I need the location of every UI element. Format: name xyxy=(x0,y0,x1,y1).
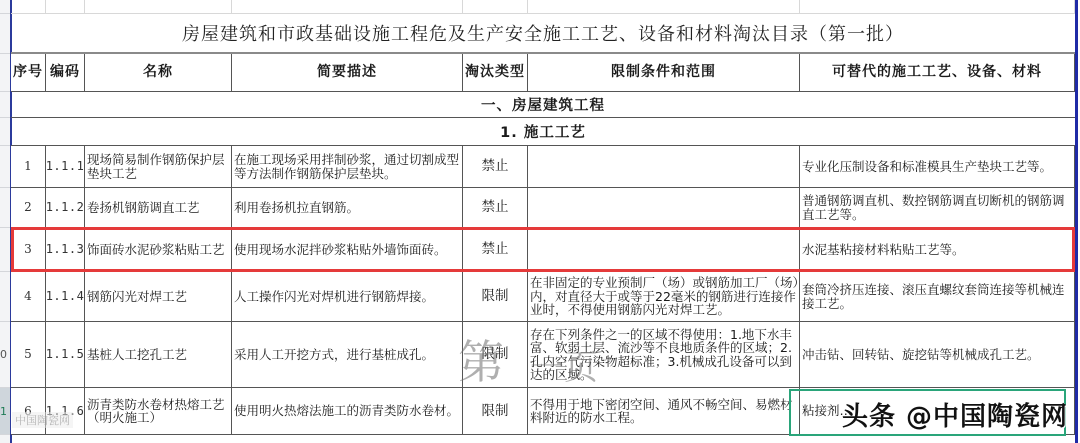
cell-text: 不得用于地下密闭空间、通风不畅空间、易燃材料附近的防水工程。 xyxy=(530,398,799,425)
table-row-2-type[interactable]: 禁止 xyxy=(463,188,528,228)
header-alternative[interactable]: 可替代的施工工艺、设备、材料 xyxy=(800,54,1075,92)
table-row-1-code[interactable]: 1.1.1 xyxy=(46,146,85,188)
header-code[interactable]: 编码 xyxy=(46,54,85,92)
table-row-5-description[interactable]: 采用人工开挖方式，进行基桩成孔。 xyxy=(232,322,463,388)
sheet-title[interactable]: 房屋建筑和市政基础设施工程危及生产安全施工工艺、设备和材料淘汰目录（第一批） xyxy=(11,14,1075,54)
table-row-1-restriction[interactable] xyxy=(528,146,800,188)
cell-text: 冲击钻、回转钻、旋挖钻等机械成孔工艺。 xyxy=(802,348,1040,362)
table-row-5-alternative[interactable]: 冲击钻、回转钻、旋挖钻等机械成孔工艺。 xyxy=(800,322,1075,388)
table-row-2-serial[interactable]: 2 xyxy=(11,188,46,228)
cell-text: 卷扬机钢筋调直工艺 xyxy=(87,201,200,215)
cell-text: 使用明火热熔法施工的沥青类防水卷材。 xyxy=(234,404,459,418)
cell-text: 1 xyxy=(24,159,32,174)
table-row-2-code[interactable]: 1.1.2 xyxy=(46,188,85,228)
cell-text: 粘接剂… xyxy=(802,404,852,418)
row-header[interactable] xyxy=(0,54,10,92)
table-row-5-restriction[interactable]: 存在下列条件之一的区域不得使用：1.地下水丰富、软弱土层、流沙等不良地质条件的区… xyxy=(528,322,800,388)
cell-text: 1.1.6 xyxy=(46,404,84,419)
row-header[interactable] xyxy=(0,272,10,322)
table-row-3-type[interactable]: 禁止 xyxy=(463,228,528,272)
grid-cell[interactable] xyxy=(11,0,46,14)
cell-text: 钢筋闪光对焊工艺 xyxy=(87,290,187,304)
cell-text: 禁止 xyxy=(482,159,509,174)
table-row-6-type[interactable]: 限制 xyxy=(463,388,528,435)
row-header[interactable] xyxy=(0,188,10,228)
table-row-5-serial[interactable]: 5 xyxy=(11,322,46,388)
cell-text: 5 xyxy=(24,347,32,362)
grid-cell[interactable] xyxy=(46,0,85,14)
cell-text: 饰面砖水泥砂浆粘贴工艺 xyxy=(87,243,225,257)
table-row-6-name[interactable]: 沥青类防水卷材热熔工艺（明火施工） xyxy=(85,388,232,435)
table-row-3-alternative[interactable]: 水泥基粘接材料粘贴工艺等。 xyxy=(800,228,1075,272)
table-row-3-name[interactable]: 饰面砖水泥砂浆粘贴工艺 xyxy=(85,228,232,272)
table-row-4-restriction[interactable]: 在非固定的专业预制厂（场）或钢筋加工厂（场）内，对直径大于或等于22毫米的钢筋进… xyxy=(528,272,800,322)
table-row-5-name[interactable]: 基桩人工挖孔工艺 xyxy=(85,322,232,388)
cell-text: 水泥基粘接材料粘贴工艺等。 xyxy=(802,243,965,257)
table-row-1-type[interactable]: 禁止 xyxy=(463,146,528,188)
header-name[interactable]: 名称 xyxy=(85,54,232,92)
cell-text: 4 xyxy=(24,289,32,304)
row-header[interactable] xyxy=(0,0,10,14)
table-row-3-code[interactable]: 1.1.3 xyxy=(46,228,85,272)
table-row-3-restriction[interactable] xyxy=(528,228,800,272)
table-row-5-code[interactable]: 1.1.5 xyxy=(46,322,85,388)
cell-text: 使用现场水泥拌砂浆粘贴外墙饰面砖。 xyxy=(234,243,447,257)
row-header[interactable] xyxy=(0,92,10,118)
table-row-4-description[interactable]: 人工操作闪光对焊机进行钢筋焊接。 xyxy=(232,272,463,322)
table-row-1-serial[interactable]: 1 xyxy=(11,146,46,188)
cell-text: 普通钢筋调直机、数控钢筋调直切断机的钢筋调直工艺等。 xyxy=(802,194,1074,221)
frame-border-right xyxy=(1075,0,1078,443)
table-row-3-serial[interactable]: 3 xyxy=(11,228,46,272)
table-row-2-name[interactable]: 卷扬机钢筋调直工艺 xyxy=(85,188,232,228)
cell-text: 在非固定的专业预制厂（场）或钢筋加工厂（场）内，对直径大于或等于22毫米的钢筋进… xyxy=(530,276,799,317)
row-header-10[interactable]: 0 xyxy=(0,322,10,388)
table-row-6-code[interactable]: 1.1.6 xyxy=(46,388,85,435)
cell-text: 基桩人工挖孔工艺 xyxy=(87,348,187,362)
table-row-1-alternative[interactable]: 专业化压制设备和标准模具生产垫块工艺等。 xyxy=(800,146,1075,188)
row-header[interactable] xyxy=(0,228,10,272)
table-row-4-type[interactable]: 限制 xyxy=(463,272,528,322)
cell-text: 人工操作闪光对焊机进行钢筋焊接。 xyxy=(234,290,434,304)
cell-text: 1.1.1 xyxy=(46,159,84,174)
header-label: 名称 xyxy=(143,65,173,80)
grid-cell[interactable] xyxy=(463,0,528,14)
cell-text: 3 xyxy=(24,242,32,257)
row-header[interactable] xyxy=(0,146,10,188)
table-row-5-type[interactable]: 限制 xyxy=(463,322,528,388)
table-row-2-alternative[interactable]: 普通钢筋调直机、数控钢筋调直切断机的钢筋调直工艺等。 xyxy=(800,188,1075,228)
cell-text: 采用人工开挖方式，进行基桩成孔。 xyxy=(234,348,434,362)
row-header[interactable] xyxy=(0,118,10,146)
grid-cell[interactable] xyxy=(528,0,800,14)
cell-text: 2 xyxy=(24,200,32,215)
cell-text: 套筒冷挤压连接、滚压直螺纹套筒连接等机械连接工艺。 xyxy=(802,283,1074,310)
header-label: 编码 xyxy=(50,65,80,80)
grid-cell[interactable] xyxy=(85,0,232,14)
row-header[interactable] xyxy=(0,14,10,54)
cell-text: 1.1.4 xyxy=(46,289,84,304)
cell-text: 禁止 xyxy=(482,242,509,257)
cell-text: 沥青类防水卷材热熔工艺（明火施工） xyxy=(87,398,231,425)
cell-text: 利用卷扬机拉直钢筋。 xyxy=(234,201,359,215)
table-row-6-alternative[interactable]: 粘接剂… xyxy=(800,388,1075,435)
header-label: 限制条件和范围 xyxy=(611,65,716,80)
spreadsheet: 房屋建筑和市政基础设施工程危及生产安全施工工艺、设备和材料淘汰目录（第一批） 序… xyxy=(11,0,1075,443)
cell-text: 限制 xyxy=(482,347,509,362)
header-label: 淘汰类型 xyxy=(465,65,525,80)
section-heading-level1[interactable]: 一、房屋建筑工程 xyxy=(11,92,1075,118)
table-row-1-name[interactable]: 现场简易制作钢筋保护层垫块工艺 xyxy=(85,146,232,188)
header-label: 简要描述 xyxy=(317,65,377,80)
header-type[interactable]: 淘汰类型 xyxy=(463,54,528,92)
cell-text: 限制 xyxy=(482,404,509,419)
table-row-3-description[interactable]: 使用现场水泥拌砂浆粘贴外墙饰面砖。 xyxy=(232,228,463,272)
row-header-11[interactable]: 1 xyxy=(0,388,10,435)
table-row-1-description[interactable]: 在施工现场采用拌制砂浆，通过切割成型等方法制作钢筋保护层垫块。 xyxy=(232,146,463,188)
table-row-4-serial[interactable]: 4 xyxy=(11,272,46,322)
cell-text: 1.1.3 xyxy=(46,242,84,257)
table-row-4-name[interactable]: 钢筋闪光对焊工艺 xyxy=(85,272,232,322)
grid-cell[interactable] xyxy=(800,0,1075,14)
cell-text: 1.1.5 xyxy=(46,347,84,362)
cell-text: 现场简易制作钢筋保护层垫块工艺 xyxy=(87,153,231,180)
table-row-2-description[interactable]: 利用卷扬机拉直钢筋。 xyxy=(232,188,463,228)
header-label: 可替代的施工工艺、设备、材料 xyxy=(832,65,1042,80)
cell-text: 专业化压制设备和标准模具生产垫块工艺等。 xyxy=(802,160,1052,174)
header-description[interactable]: 简要描述 xyxy=(232,54,463,92)
cell-text: 限制 xyxy=(482,289,509,304)
table-row-6-restriction[interactable]: 不得用于地下密闭空间、通风不畅空间、易燃材料附近的防水工程。 xyxy=(528,388,800,435)
grid-cell[interactable] xyxy=(232,0,463,14)
header-label: 序号 xyxy=(13,65,43,80)
cell-text: 在施工现场采用拌制砂浆，通过切割成型等方法制作钢筋保护层垫块。 xyxy=(234,153,462,180)
header-restriction[interactable]: 限制条件和范围 xyxy=(528,54,800,92)
table-row-6-serial[interactable]: 6 xyxy=(11,388,46,435)
table-row-4-alternative[interactable]: 套筒冷挤压连接、滚压直螺纹套筒连接等机械连接工艺。 xyxy=(800,272,1075,322)
cell-text: 禁止 xyxy=(482,200,509,215)
row-header-strip: 0 1 xyxy=(0,0,10,443)
cell-text: 6 xyxy=(24,404,32,419)
cell-text: 1.1.2 xyxy=(46,200,84,215)
section-heading-level2[interactable]: 1. 施工工艺 xyxy=(11,118,1075,146)
header-serial[interactable]: 序号 xyxy=(11,54,46,92)
cell-text: 存在下列条件之一的区域不得使用：1.地下水丰富、软弱土层、流沙等不良地质条件的区… xyxy=(530,328,799,382)
table-row-2-restriction[interactable] xyxy=(528,188,800,228)
table-row-4-code[interactable]: 1.1.4 xyxy=(46,272,85,322)
table-row-6-description[interactable]: 使用明火热熔法施工的沥青类防水卷材。 xyxy=(232,388,463,435)
